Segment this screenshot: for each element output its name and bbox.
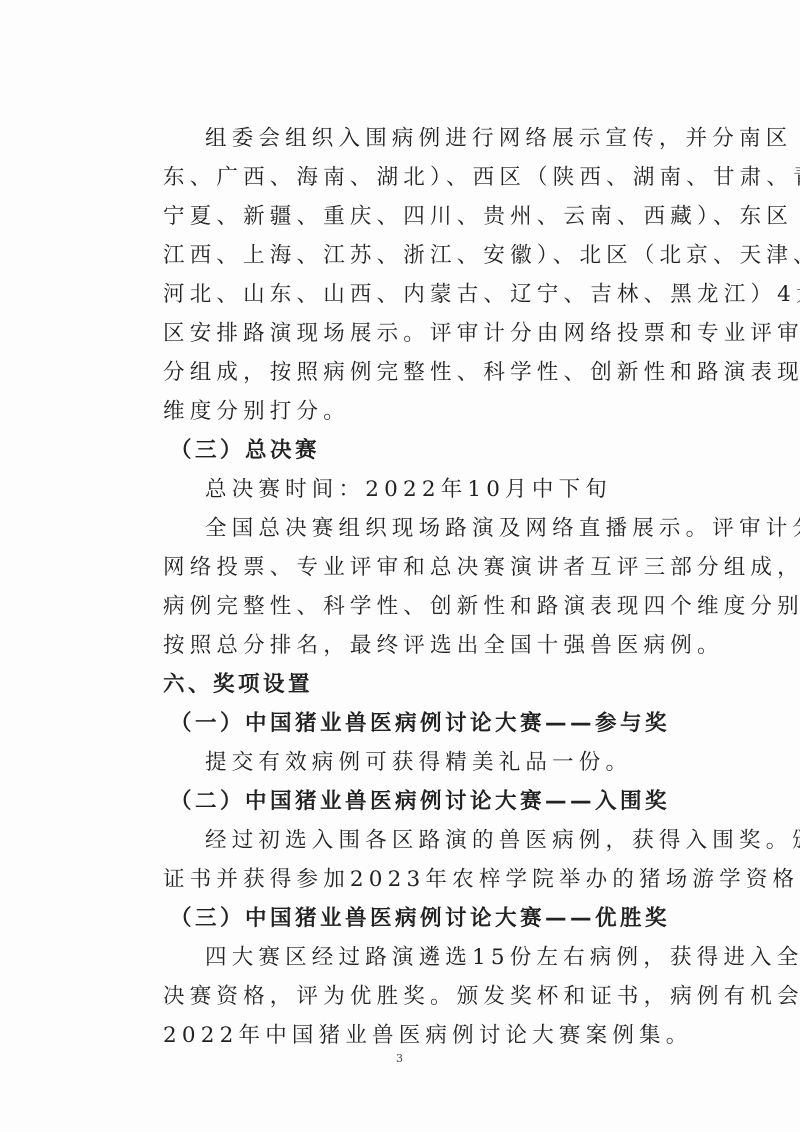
paragraph-line: 证书并获得参加2023年农梓学院举办的猪场游学资格。 [163,866,800,894]
paragraph-line: 组委会组织入围病例进行网络展示宣传，并分南区（广 [205,125,800,153]
page-number: 3 [396,1052,403,1065]
paragraph-line: 分组成，按照病例完整性、科学性、创新性和路演表现四个 [163,359,800,387]
paragraph-line: 提交有效病例可获得精美礼品一份。 [205,749,632,777]
paragraph-line: 2022年中国猪业兽医病例讨论大赛案例集。 [163,1022,692,1050]
section-subheading: （三）中国猪业兽医病例讨论大赛——优胜奖 [170,905,670,933]
paragraph-line: 东、广西、海南、湖北）、西区（陕西、湖南、甘肃、青海、 [163,164,800,192]
section-subheading: （三）总决赛 [170,437,320,465]
paragraph-line: 江西、上海、江苏、浙江、安徽）、北区（北京、天津、河南、 [163,242,800,270]
paragraph-line: 维度分别打分。 [163,398,350,426]
paragraph-line: 按照总分排名，最终评选出全国十强兽医病例。 [163,632,724,660]
paragraph-line: 宁夏、新疆、重庆、四川、贵州、云南、西藏）、东区（福建、 [163,203,800,231]
paragraph-line: 决赛资格，评为优胜奖。颁发奖杯和证书，病例有机会入选 [163,983,800,1011]
paragraph-line: 河北、山东、山西、内蒙古、辽宁、吉林、黑龙江）4大赛 [163,281,800,309]
section-subheading: （一）中国猪业兽医病例讨论大赛——参与奖 [170,710,670,738]
paragraph-line: 全国总决赛组织现场路演及网络直播展示。评审计分由 [205,515,800,543]
section-heading: 六、奖项设置 [163,671,313,699]
paragraph-line: 病例完整性、科学性、创新性和路演表现四个维度分别打分。 [163,593,800,621]
paragraph-line: 网络投票、专业评审和总决赛演讲者互评三部分组成，按照 [163,554,800,582]
paragraph-line: 区安排路演现场展示。评审计分由网络投票和专业评审两部 [163,320,800,348]
section-subheading: （二）中国猪业兽医病例讨论大赛——入围奖 [170,788,670,816]
paragraph-line: 经过初选入围各区路演的兽医病例，获得入围奖。颁发 [205,827,800,855]
document-page: 组委会组织入围病例进行网络展示宣传，并分南区（广 东、广西、海南、湖北）、西区（… [0,0,800,1132]
paragraph-line: 四大赛区经过路演遴选15份左右病例，获得进入全国总 [205,944,800,972]
paragraph-line: 总决赛时间：2022年10月中下旬 [205,476,612,504]
